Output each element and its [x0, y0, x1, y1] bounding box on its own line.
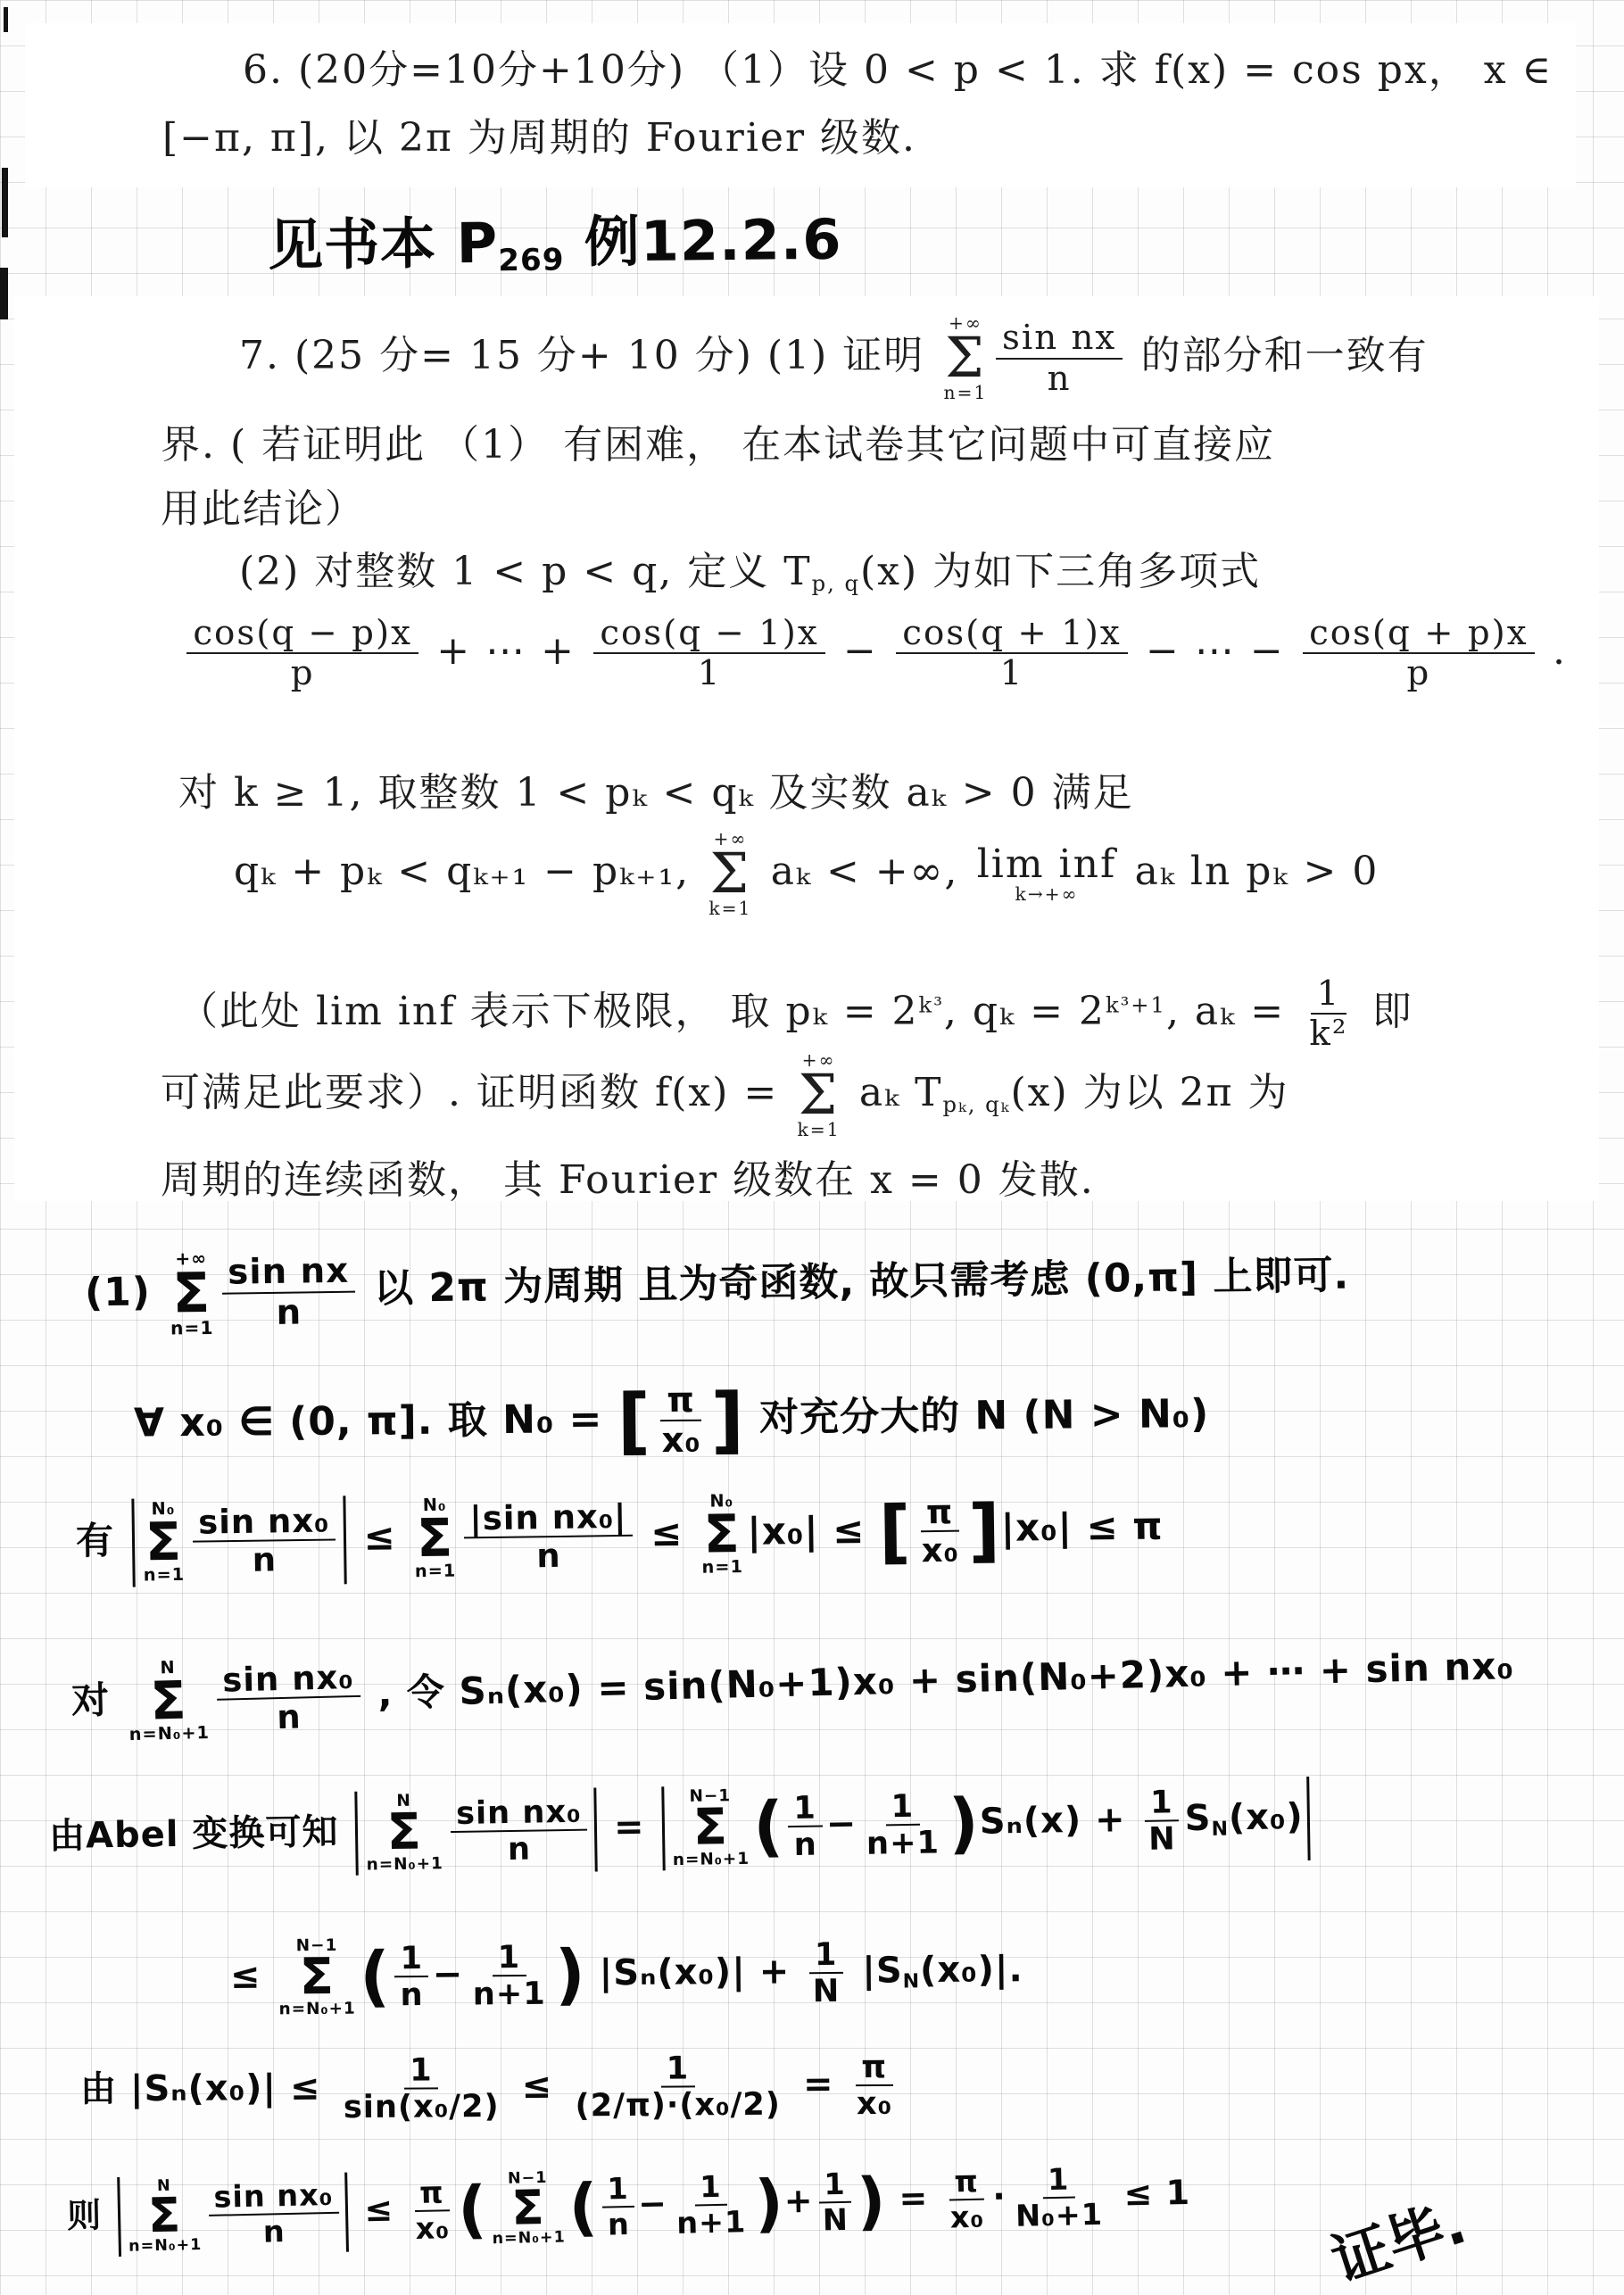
fraction: 1N: [1142, 1785, 1181, 1858]
fraction: 1sin(x₀/2): [337, 2052, 505, 2125]
solution-line-8: 则 NΣn=N₀+1sin nx₀n ≤ πx₀(N−1Σn=N₀+1(1n−1…: [66, 2155, 1191, 2258]
fraction: 1N: [816, 2167, 855, 2237]
fraction: cos(q + 1)x1: [896, 614, 1127, 693]
abs-bar: [131, 1499, 136, 1587]
fraction: cos(q − p)xp: [186, 614, 418, 693]
handnote-problem6: 见书本 P269 例12.2.6: [268, 195, 842, 281]
fraction: 1N: [807, 1937, 846, 2009]
fraction: 1n+1: [860, 1788, 946, 1861]
abs-bar: [355, 1792, 359, 1876]
scan-artifact-left-bar2: [0, 268, 8, 319]
solution-line-7: 由 |Sₙ(x₀)| ≤ 1sin(x₀/2) ≤ 1(2/π)·(x₀/2) …: [80, 2050, 902, 2127]
scan-artifact-top-left: [4, 7, 8, 32]
problem7-polynomial: cos(q − p)xp + ⋯ + cos(q − 1)x1 − cos(q …: [183, 614, 1567, 693]
fraction: sin nxn: [996, 319, 1123, 398]
solution-line-1: (1) +∞Σn=1sin nxn 以 2π 为周期 且为奇函数, 故只需考虑 …: [84, 1233, 1349, 1339]
summation: +∞Σn=1: [943, 314, 987, 402]
fraction: 1n: [394, 1941, 429, 2013]
fraction: 1n: [787, 1790, 823, 1862]
abs-bar: [1306, 1777, 1310, 1860]
problem7-intro-2: 界. ( 若证明此 （1） 有困难， 在本试卷其它问题中可直接应: [161, 412, 1275, 469]
summation: N−1Σn=N₀+1: [278, 1937, 356, 2018]
problem7-condition-heading: 对 k ≥ 1, 取整数 1 < pₖ < qₖ 及实数 aₖ > 0 满足: [178, 760, 1134, 817]
fraction: cos(q − 1)x1: [593, 614, 824, 693]
problem7-part2-heading: (2) 对整数 1 < p < q, 定义 Tp, q(x) 为如下三角多项式: [239, 539, 1261, 596]
problem7-condition: qₖ + pₖ < qₖ₊₁ − pₖ₊₁, +∞Σk=1 aₖ < +∞, l…: [234, 830, 1379, 918]
scanned-exam-page: 6. (20分=10分+10分) （1）设 0 < p < 1. 求 f(x) …: [0, 0, 1624, 2295]
abs-bar: [661, 1786, 665, 1870]
liminf: lim infk→+∞: [977, 844, 1117, 904]
solution-line-4: 对 NΣn=N₀+1sin nx₀n , 令 Sₙ(x₀) = sin(N₀+1…: [70, 1626, 1515, 1745]
qed-mark: 证毕.: [1321, 2178, 1475, 2295]
fraction: 1n+1: [670, 2169, 752, 2240]
fraction: πx₀: [655, 1381, 708, 1461]
problem7-remark-3: 周期的连续函数， 其 Fourier 级数在 x = 0 发散.: [161, 1147, 1095, 1205]
fraction: sin nxn: [221, 1252, 356, 1333]
fraction: 1n: [601, 2172, 635, 2241]
fraction: |sin nx₀|n: [463, 1498, 634, 1576]
abs-bar: [343, 1495, 347, 1584]
summation: +∞Σk=1: [708, 830, 751, 918]
abs-bar: [117, 2177, 121, 2257]
fraction: cos(q + p)xp: [1303, 614, 1534, 693]
problem7-remark-1: （此处 lim inf 表示下极限， 取 pₖ = 2k³, qₖ = 2k³+…: [178, 974, 1413, 1054]
solution-line-3: 有 N₀Σn=1sin nx₀n ≤ N₀Σn=1|sin nx₀|n ≤ N₀…: [75, 1484, 1164, 1587]
problem6-line-1: 6. (20分=10分+10分) （1）设 0 < p < 1. 求 f(x) …: [243, 37, 1553, 95]
fraction: 1(2/π)·(x₀/2): [569, 2051, 787, 2125]
solution-line-2: ∀ x₀ ∈ (0, π]. 取 N₀ = [πx₀] 对充分大的 N (N >…: [134, 1377, 1210, 1465]
summation: +∞Σn=1: [170, 1249, 214, 1338]
abs-bar: [344, 2173, 349, 2252]
summation: NΣn=N₀+1: [365, 1792, 443, 1873]
fraction: πx₀: [944, 2165, 990, 2234]
fraction: sin nx₀n: [208, 2178, 339, 2249]
fraction: sin nx₀n: [450, 1794, 587, 1868]
scan-artifact-left-bar: [2, 168, 8, 237]
summation: NΣn=N₀+1: [128, 2177, 203, 2255]
fraction: 1k²: [1303, 974, 1354, 1054]
summation: NΣn=N₀+1: [128, 1658, 210, 1744]
fraction: 1N₀+1: [1009, 2162, 1108, 2233]
summation: N₀Σn=1: [143, 1500, 186, 1585]
problem7-intro-1: 7. (25 分= 15 分+ 10 分) (1) 证明 +∞Σn=1sin n…: [239, 314, 1429, 402]
fraction: sin nx₀n: [192, 1502, 336, 1579]
fraction: πx₀: [915, 1494, 965, 1570]
problem6-line-2: [−π, π], 以 2π 为周期的 Fourier 级数.: [162, 105, 916, 162]
fraction: πx₀: [850, 2050, 898, 2122]
fraction: 1n+1: [467, 1939, 551, 2012]
fraction: πx₀: [409, 2175, 455, 2245]
solution-line-5: 由Abel 变换可知 NΣn=N₀+1sin nx₀n = N−1Σn=N₀+1…: [48, 1777, 1313, 1880]
summation: +∞Σk=1: [798, 1051, 841, 1139]
fraction: sin nx₀n: [216, 1659, 360, 1738]
summation: N−1Σn=N₀+1: [672, 1787, 750, 1868]
problem7-intro-3: 用此结论）: [161, 476, 366, 534]
summation: N₀Σn=1: [700, 1492, 743, 1577]
solution-line-6: ≤ N−1Σn=N₀+1(1n−1n+1) |Sₙ(x₀)| + 1N |SN(…: [230, 1931, 1024, 2018]
problem7-remark-2: 可满足此要求）. 证明函数 f(x) = +∞Σk=1 aₖ Tpₖ, qₖ(x…: [161, 1051, 1289, 1139]
summation: N−1Σn=N₀+1: [491, 2169, 566, 2247]
summation: N₀Σn=1: [414, 1496, 457, 1581]
abs-bar: [593, 1787, 597, 1871]
